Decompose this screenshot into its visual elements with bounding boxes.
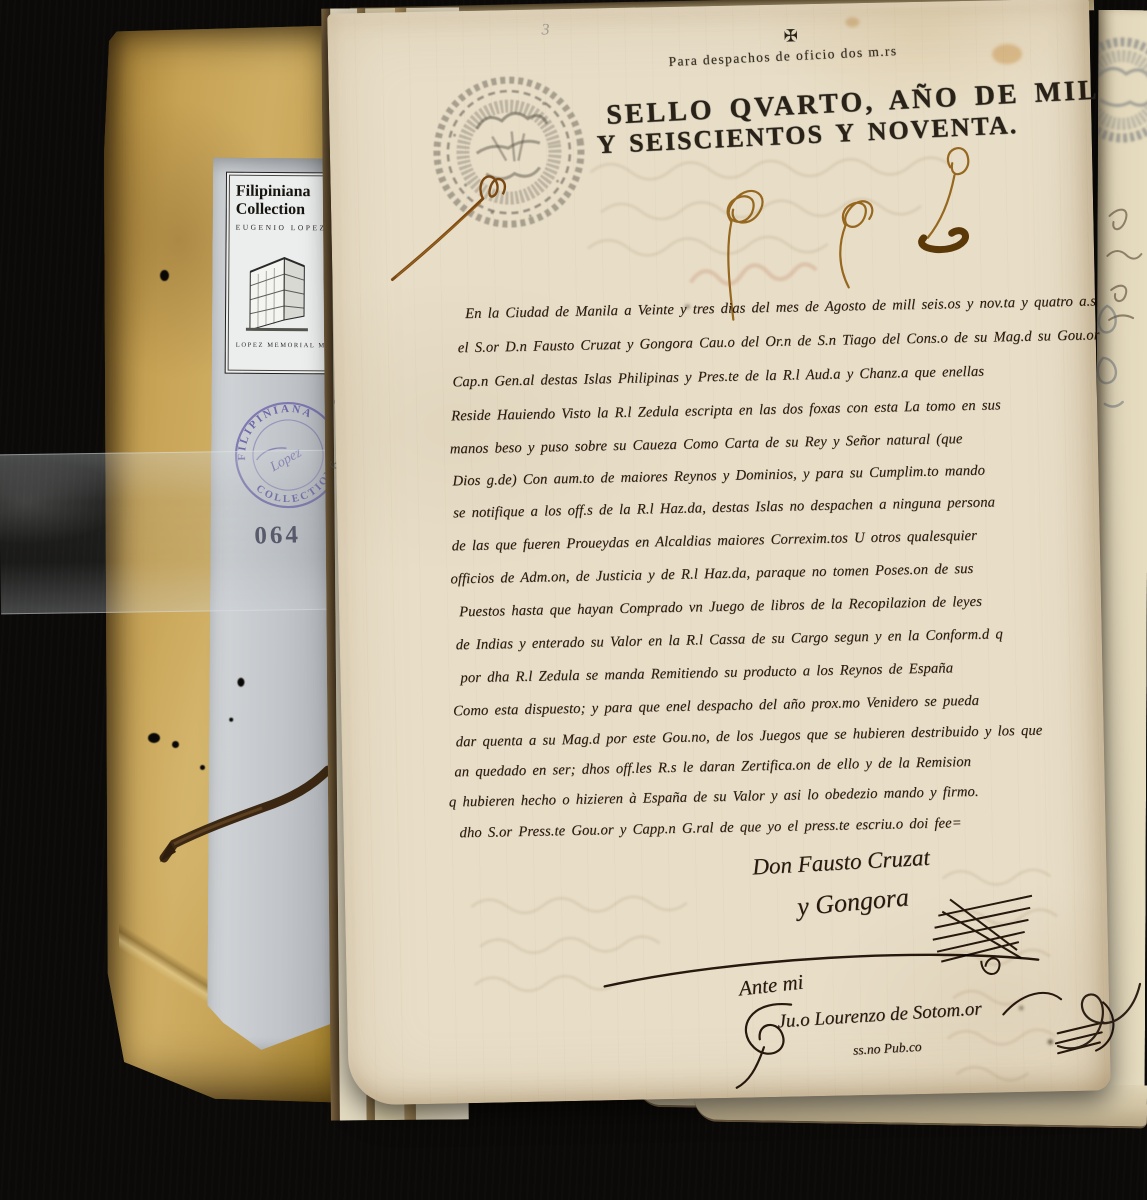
body-line: Como esta dispuesto; y para que enel des… xyxy=(453,693,979,721)
body-line: dho S.or Press.te Gou.or y Capp.n G.ral … xyxy=(459,815,961,842)
body-line: de las que fueren Proueydas en Alcaldias… xyxy=(452,528,977,556)
governor-signature-line2: y Gongora xyxy=(796,882,910,922)
label-caption: LOPEZ MEMORIAL MUSEUM xyxy=(226,342,329,350)
label-title-line1: Filipiniana xyxy=(227,183,330,201)
rubric-curl-right xyxy=(1052,976,1146,1064)
body-line: de Indias y enterado su Valor en la R.l … xyxy=(456,626,1003,654)
dried-straw xyxy=(382,152,530,290)
filipiniana-collection-label: Filipiniana Collection EUGENIO LOPEZ LOP… xyxy=(225,172,331,375)
foxing-spot xyxy=(992,44,1022,65)
document-page: 3 ✠ Para despachos de oficio dos m.rs SE… xyxy=(327,0,1111,1106)
label-title-line2: Collection xyxy=(227,200,330,218)
body-line: por dha R.l Zedula se manda Remitiendo s… xyxy=(460,660,953,687)
right-leaf-partial-seal xyxy=(1094,24,1147,165)
body-line: q hubieren hecho o hizieren à España de … xyxy=(449,784,979,812)
body-line: officios de Adm.on, de Justicia y de R.l… xyxy=(450,561,973,588)
ink-spot xyxy=(229,718,233,722)
governor-signature-line1: Don Fausto Cruzat xyxy=(752,845,931,881)
leather-tie xyxy=(150,748,350,873)
notary-flourish-left xyxy=(719,988,813,1092)
label-owner: EUGENIO LOPEZ xyxy=(227,223,330,233)
plastic-band xyxy=(0,450,337,615)
flourish-stroke xyxy=(596,943,1049,996)
ink-spot xyxy=(237,678,244,687)
body-line: dar quenta a su Mag.d por este Gou.no, d… xyxy=(456,723,1043,752)
printed-cross: ✠ xyxy=(783,26,798,46)
wormhole xyxy=(172,741,179,748)
right-leaf-pencil-marks xyxy=(1094,292,1130,422)
body-line: el S.or D.n Fausto Cruzat y Gongora Cau.… xyxy=(458,327,1100,357)
bleed-through-ghost xyxy=(580,138,1012,267)
photograph-stage: Filipiniana Collection EUGENIO LOPEZ LOP… xyxy=(0,0,1147,1200)
body-line: manos beso y puso sobre su Caueza Como C… xyxy=(450,431,963,458)
body-line: se notifique a los off.s de la R.l Haz.d… xyxy=(453,494,995,522)
body-line: Dios g.de) Con aum.to de maiores Reynos … xyxy=(452,463,985,491)
foxing-spot xyxy=(845,17,859,27)
notary-title: ss.no Pub.co xyxy=(853,1039,922,1059)
wormhole xyxy=(160,270,169,281)
body-line: Cap.n Gen.al destas Islas Philipinas y P… xyxy=(452,364,984,392)
corner-pencil-mark: 3 xyxy=(541,21,549,39)
lopez-museum-building-illustration xyxy=(238,238,317,339)
body-line: Reside Hauiendo Visto la R.l Zedula escr… xyxy=(451,397,1001,425)
body-line: Puestos hasta que hayan Comprado vn Jueg… xyxy=(459,594,982,621)
body-line: an quedado en ser; dhos off.les R.s le d… xyxy=(454,754,971,781)
wormhole xyxy=(148,733,160,743)
